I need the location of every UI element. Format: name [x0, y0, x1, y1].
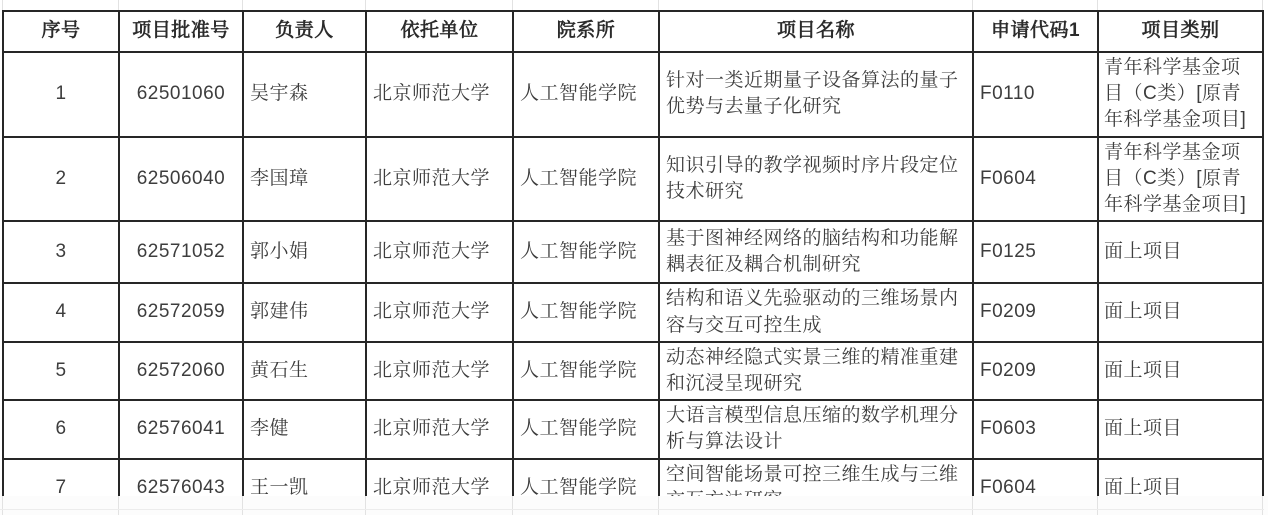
cell-category[interactable]: 面上项目	[1098, 342, 1263, 400]
column-header-code[interactable]: 申请代码1	[973, 11, 1098, 52]
cell-grant-no[interactable]: 62572060	[119, 342, 243, 400]
table-row: 162501060吴宇森北京师范大学人工智能学院针对一类近期量子设备算法的量子优…	[3, 52, 1263, 137]
cell-grant-no[interactable]: 62501060	[119, 52, 243, 137]
column-header-pi[interactable]: 负责人	[243, 11, 366, 52]
table-row: 662576041李健北京师范大学人工智能学院大语言模型信息压缩的数学机理分析与…	[3, 400, 1263, 458]
column-header-title[interactable]: 项目名称	[659, 11, 973, 52]
cell-index[interactable]: 4	[3, 283, 119, 341]
cell-grant-no[interactable]: 62572059	[119, 283, 243, 341]
cell-code[interactable]: F0604	[973, 137, 1098, 222]
cell-index[interactable]: 7	[3, 459, 119, 515]
cell-index[interactable]: 6	[3, 400, 119, 458]
column-header-institution[interactable]: 依托单位	[366, 11, 513, 52]
cell-department[interactable]: 人工智能学院	[513, 221, 659, 283]
cell-pi[interactable]: 王一凯	[243, 459, 366, 515]
column-header-category[interactable]: 项目类别	[1098, 11, 1263, 52]
cell-category[interactable]: 面上项目	[1098, 459, 1263, 515]
cell-department[interactable]: 人工智能学院	[513, 400, 659, 458]
cell-department[interactable]: 人工智能学院	[513, 459, 659, 515]
table-row: 462572059郭建伟北京师范大学人工智能学院结构和语义先验驱动的三维场景内容…	[3, 283, 1263, 341]
cell-grant-no[interactable]: 62576041	[119, 400, 243, 458]
spreadsheet-view: 序号项目批准号负责人依托单位院系所项目名称申请代码1项目类别 162501060…	[0, 0, 1268, 515]
column-header-department[interactable]: 院系所	[513, 11, 659, 52]
cell-code[interactable]: F0603	[973, 400, 1098, 458]
table-row: 562572060黄石生北京师范大学人工智能学院动态神经隐式实景三维的精准重建和…	[3, 342, 1263, 400]
cell-category[interactable]: 面上项目	[1098, 283, 1263, 341]
column-header-index[interactable]: 序号	[3, 11, 119, 52]
cell-code[interactable]: F0125	[973, 221, 1098, 283]
cell-pi[interactable]: 郭建伟	[243, 283, 366, 341]
cell-department[interactable]: 人工智能学院	[513, 283, 659, 341]
cell-department[interactable]: 人工智能学院	[513, 342, 659, 400]
cell-index[interactable]: 2	[3, 137, 119, 222]
cell-category[interactable]: 青年科学基金项目（C类）[原青年科学基金项目]	[1098, 52, 1263, 137]
cell-grant-no[interactable]: 62506040	[119, 137, 243, 222]
cell-pi[interactable]: 郭小娟	[243, 221, 366, 283]
cell-code[interactable]: F0209	[973, 342, 1098, 400]
gridlines-above-table	[0, 0, 1268, 10]
cell-category[interactable]: 面上项目	[1098, 400, 1263, 458]
cell-institution[interactable]: 北京师范大学	[366, 342, 513, 400]
cell-institution[interactable]: 北京师范大学	[366, 283, 513, 341]
cell-title[interactable]: 动态神经隐式实景三维的精准重建和沉浸呈现研究	[659, 342, 973, 400]
cell-institution[interactable]: 北京师范大学	[366, 52, 513, 137]
header-row: 序号项目批准号负责人依托单位院系所项目名称申请代码1项目类别	[3, 11, 1263, 52]
cell-grant-no[interactable]: 62571052	[119, 221, 243, 283]
cell-category[interactable]: 面上项目	[1098, 221, 1263, 283]
projects-table: 序号项目批准号负责人依托单位院系所项目名称申请代码1项目类别 162501060…	[2, 10, 1264, 515]
cell-code[interactable]: F0604	[973, 459, 1098, 515]
column-header-grant-no[interactable]: 项目批准号	[119, 11, 243, 52]
cell-title[interactable]: 针对一类近期量子设备算法的量子优势与去量子化研究	[659, 52, 973, 137]
cell-institution[interactable]: 北京师范大学	[366, 221, 513, 283]
cell-title[interactable]: 知识引导的教学视频时序片段定位技术研究	[659, 137, 973, 222]
cell-index[interactable]: 1	[3, 52, 119, 137]
cell-institution[interactable]: 北京师范大学	[366, 137, 513, 222]
cell-code[interactable]: F0110	[973, 52, 1098, 137]
cell-department[interactable]: 人工智能学院	[513, 137, 659, 222]
cell-category[interactable]: 青年科学基金项目（C类）[原青年科学基金项目]	[1098, 137, 1263, 222]
cell-code[interactable]: F0209	[973, 283, 1098, 341]
table-row: 362571052郭小娟北京师范大学人工智能学院基于图神经网络的脑结构和功能解耦…	[3, 221, 1263, 283]
cell-index[interactable]: 5	[3, 342, 119, 400]
cell-department[interactable]: 人工智能学院	[513, 52, 659, 137]
cell-title[interactable]: 空间智能场景可控三维生成与三维交互方法研究	[659, 459, 973, 515]
cell-grant-no[interactable]: 62576043	[119, 459, 243, 515]
cell-title[interactable]: 结构和语义先验驱动的三维场景内容与交互可控生成	[659, 283, 973, 341]
cell-institution[interactable]: 北京师范大学	[366, 459, 513, 515]
table-row: 762576043王一凯北京师范大学人工智能学院空间智能场景可控三维生成与三维交…	[3, 459, 1263, 515]
cell-pi[interactable]: 李健	[243, 400, 366, 458]
cell-title[interactable]: 大语言模型信息压缩的数学机理分析与算法设计	[659, 400, 973, 458]
cell-institution[interactable]: 北京师范大学	[366, 400, 513, 458]
cell-pi[interactable]: 吴宇森	[243, 52, 366, 137]
cell-title[interactable]: 基于图神经网络的脑结构和功能解耦表征及耦合机制研究	[659, 221, 973, 283]
cell-pi[interactable]: 李国璋	[243, 137, 366, 222]
table-row: 262506040李国璋北京师范大学人工智能学院知识引导的教学视频时序片段定位技…	[3, 137, 1263, 222]
cell-index[interactable]: 3	[3, 221, 119, 283]
cell-pi[interactable]: 黄石生	[243, 342, 366, 400]
